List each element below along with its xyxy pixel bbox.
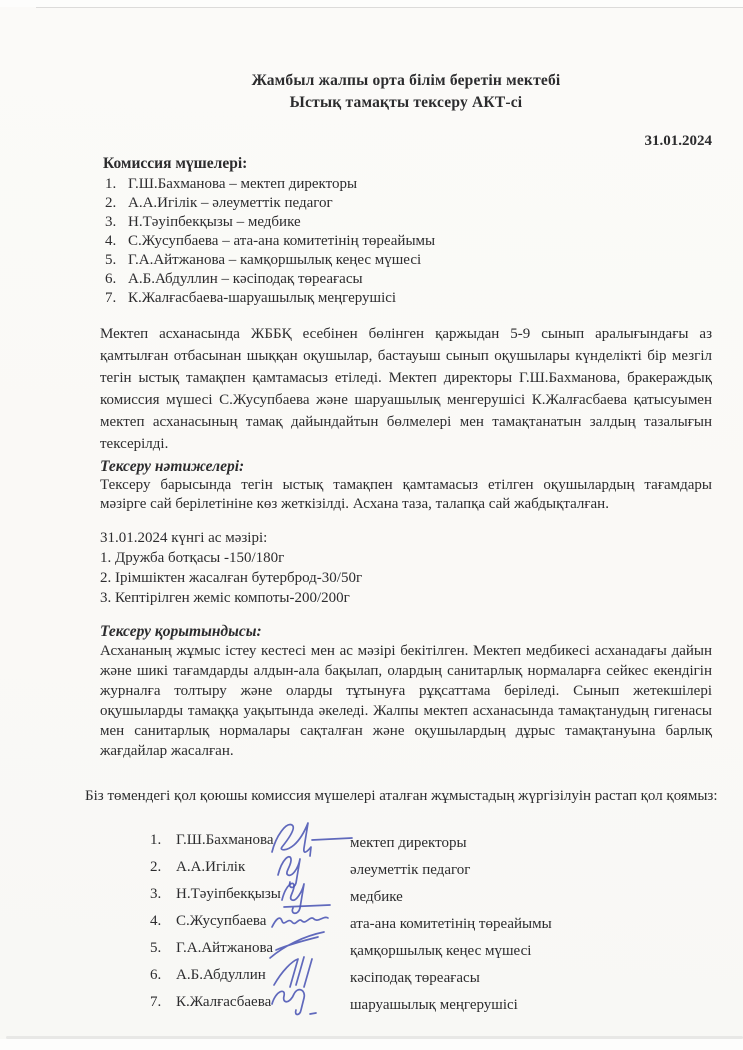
signature-icon	[268, 980, 356, 1026]
signature-row: 5.Г.А.Айтжанова қамқоршылық кеңес мүшесі	[100, 938, 712, 965]
signature-role: кәсіподақ төреағасы	[350, 968, 480, 988]
list-number: 1.	[150, 830, 176, 850]
list-number: 1.	[105, 175, 128, 194]
commission-member: 5.Г.А.Айтжанова – камқоршылық кеңес мүше…	[100, 251, 712, 270]
list-number: 4.	[150, 911, 176, 931]
signature-row: 4.С.Жусупбаева ата-ана комитетінің төреа…	[100, 911, 712, 938]
signature-name: А.А.Игілік	[176, 859, 245, 875]
commission-member: 6.А.Б.Абдуллин – кәсіподақ төреағасы	[100, 270, 712, 289]
signoff-intro: Біз төмендегі қол қоюшы комиссия мүшелер…	[85, 787, 712, 806]
signature-name: Г.А.Айтжанова	[176, 940, 273, 956]
signature-row: 3.Н.Тәуіпбекқызы медбике	[100, 884, 712, 911]
intro-paragraph: Мектеп асханасында ЖББҚ есебінен бөлінге…	[100, 323, 712, 455]
commission-member-text: Г.А.Айтжанова – камқоршылық кеңес мүшесі	[128, 252, 421, 268]
commission-member-text: А.А.Игілік – әлеуметтік педагог	[128, 195, 333, 211]
list-number: 7.	[105, 289, 128, 308]
conclusion-heading: Тексеру қорытындысы:	[100, 622, 712, 641]
commission-member: 1.Г.Ш.Бахманова – мектеп директоры	[100, 175, 712, 194]
conclusion-text: Асхананың жұмыс істеу кестесі мен ас мәз…	[100, 641, 712, 761]
commission-member: 4.С.Жусупбаева – ата-ана комитетінің төр…	[100, 232, 712, 251]
menu-item: 3. Кептірілген жеміс компоты-200/200г	[100, 588, 712, 608]
signature-role: мектеп директоры	[350, 833, 467, 853]
document-date: 31.01.2024	[100, 132, 712, 151]
document-title-line2: Ыстық тамақты тексеру АКТ-сі	[100, 92, 712, 114]
menu-item: 1. Дружба ботқасы -150/180г	[100, 548, 712, 568]
signature-list: 1.Г.Ш.Бахманова мектеп директоры 2.А.А.И…	[100, 830, 712, 1019]
scan-edge-top	[36, 7, 743, 8]
commission-member-text: К.Жалғасбаева-шаруашылық меңгерушісі	[128, 290, 396, 306]
signature-name: Н.Тәуіпбекқызы	[176, 886, 281, 902]
document-title: Жамбыл жалпы орта білім беретін мектебі …	[100, 70, 712, 114]
menu-list: 1. Дружба ботқасы -150/180г 2. Ірімшікте…	[100, 548, 712, 608]
signature-role: қамқоршылық кеңес мүшесі	[350, 941, 531, 961]
list-number: 6.	[150, 965, 176, 985]
list-number: 2.	[150, 857, 176, 877]
list-number: 6.	[105, 270, 128, 289]
signature-row: 1.Г.Ш.Бахманова мектеп директоры	[100, 830, 712, 857]
commission-heading: Комиссия мүшелері:	[100, 154, 712, 173]
scanned-document-page: Жамбыл жалпы орта білім беретін мектебі …	[0, 0, 743, 1050]
commission-member-text: А.Б.Абдуллин – кәсіподақ төреағасы	[128, 271, 363, 287]
signature-role: әлеуметтік педагог	[350, 860, 470, 880]
signature-name: С.Жусупбаева	[176, 913, 266, 929]
commission-member-list: 1.Г.Ш.Бахманова – мектеп директоры 2.А.А…	[100, 175, 712, 308]
commission-member: 2.А.А.Игілік – әлеуметтік педагог	[100, 194, 712, 213]
menu-heading: 31.01.2024 күнгі ас мәзірі:	[100, 529, 712, 548]
signature-row: 2.А.А.Игілік әлеуметтік педагог	[100, 857, 712, 884]
signature-row: 6.А.Б.Абдуллин кәсіподақ төреағасы	[100, 965, 712, 992]
signature-role: медбике	[350, 887, 403, 907]
list-number: 4.	[105, 232, 128, 251]
scan-top-margin	[0, 0, 743, 7]
list-number: 3.	[105, 213, 128, 232]
signature-role: ата-ана комитетінің төреайымы	[350, 914, 552, 934]
signature-name: К.Жалғасбаева	[176, 994, 271, 1010]
list-number: 7.	[150, 992, 176, 1012]
results-heading: Тексеру нәтижелері:	[100, 457, 712, 476]
scan-bottom-margin	[0, 1039, 743, 1050]
list-number: 5.	[105, 251, 128, 270]
commission-member: 3.Н.Тәуіпбекқызы – медбике	[100, 213, 712, 232]
document-content: Жамбыл жалпы орта білім беретін мектебі …	[100, 70, 712, 1019]
results-text: Тексеру барысында тегін ыстық тамақпен қ…	[100, 476, 712, 514]
menu-item: 2. Ірімшіктен жасалған бутерброд-30/50г	[100, 568, 712, 588]
list-number: 2.	[105, 194, 128, 213]
commission-member-text: С.Жусупбаева – ата-ана комитетінің төреа…	[128, 233, 435, 249]
commission-member-text: Н.Тәуіпбекқызы – медбике	[128, 214, 301, 230]
signature-role: шаруашылық меңгерушісі	[350, 995, 518, 1015]
signature-name: Г.Ш.Бахманова	[176, 832, 274, 848]
commission-member: 7.К.Жалғасбаева-шаруашылық меңгерушісі	[100, 289, 712, 308]
list-number: 5.	[150, 938, 176, 958]
commission-member-text: Г.Ш.Бахманова – мектеп директоры	[128, 176, 357, 192]
list-number: 3.	[150, 884, 176, 904]
signature-name: А.Б.Абдуллин	[176, 967, 266, 983]
document-title-line1: Жамбыл жалпы орта білім беретін мектебі	[100, 70, 712, 92]
signature-row: 7.К.Жалғасбаева шаруашылық меңгерушісі	[100, 992, 712, 1019]
